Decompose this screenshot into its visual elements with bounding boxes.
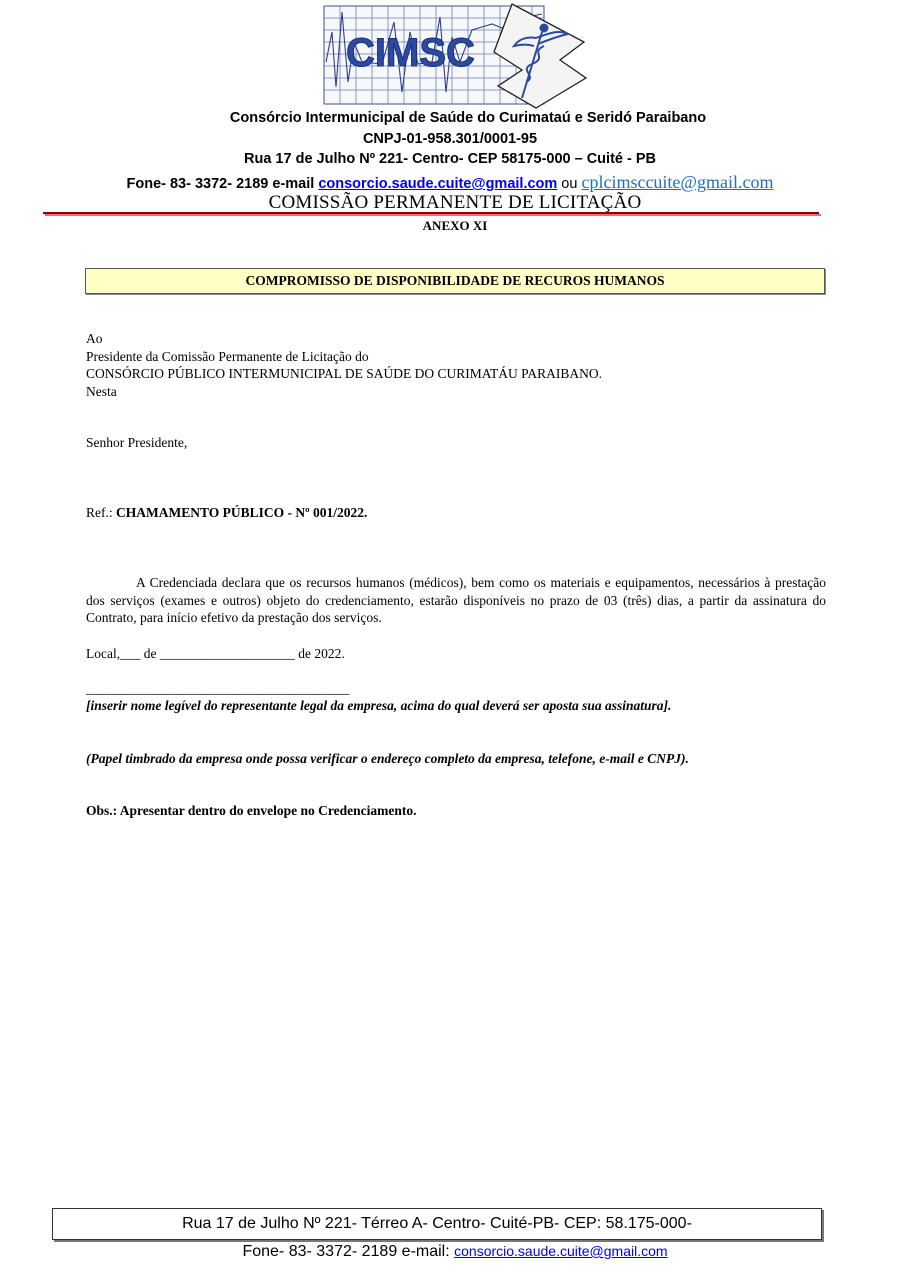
- org-address: Rua 17 de Julho Nº 221- Centro- CEP 5817…: [0, 151, 900, 167]
- footer-phone: Fone- 83- 3372- 2189 e-mail:: [242, 1243, 454, 1260]
- addressee-line: Nesta: [86, 383, 602, 401]
- document-title-text: COMPROMISSO DE DISPONIBILIDADE DE RECURO…: [246, 273, 665, 289]
- org-name: Consórcio Intermunicipal de Saúde do Cur…: [18, 110, 900, 126]
- email-link-primary[interactable]: consorcio.saude.cuite@gmail.com: [318, 176, 557, 192]
- declaration-paragraph: A Credenciada declara que os recursos hu…: [86, 574, 826, 627]
- footer-contact: Fone- 83- 3372- 2189 e-mail: consorcio.s…: [0, 1243, 900, 1261]
- footer-address-box: Rua 17 de Julho Nº 221- Térreo A- Centro…: [52, 1208, 822, 1240]
- addressee-line: CONSÓRCIO PÚBLICO INTERMUNICIPAL DE SAÚD…: [86, 365, 602, 383]
- reference-value: CHAMAMENTO PÚBLICO - Nº 001/2022.: [116, 505, 367, 520]
- org-cnpj: CNPJ-01-958.301/0001-95: [0, 131, 900, 147]
- header-divider-shadow: [45, 214, 821, 216]
- svg-text:CIMSC: CIMSC: [346, 31, 475, 75]
- addressee-block: Ao Presidente da Comissão Permanente de …: [86, 330, 602, 400]
- footer-email-link[interactable]: consorcio.saude.cuite@gmail.com: [454, 1243, 667, 1259]
- declaration-text: A Credenciada declara que os recursos hu…: [86, 574, 826, 627]
- cimsc-logo: CIMSC: [322, 2, 590, 110]
- reference: Ref.: CHAMAMENTO PÚBLICO - Nº 001/2022.: [86, 504, 367, 522]
- signature-line: _______________________________________: [86, 680, 349, 698]
- annex-label: ANEXO XI: [0, 218, 900, 234]
- letterhead-note: (Papel timbrado da empresa onde possa ve…: [86, 750, 689, 768]
- document-title: COMPROMISSO DE DISPONIBILIDADE DE RECURO…: [85, 268, 825, 294]
- reference-label: Ref.:: [86, 505, 116, 520]
- footer-address: Rua 17 de Julho Nº 221- Térreo A- Centro…: [182, 1215, 692, 1233]
- org-contact: Fone- 83- 3372- 2189 e-mail consorcio.sa…: [0, 172, 900, 193]
- email-link-cpl[interactable]: cplcimsccuite@gmail.com: [581, 172, 773, 192]
- phone-text: Fone- 83- 3372- 2189 e-mail: [127, 176, 319, 192]
- signature-note: [inserir nome legível do representante l…: [86, 697, 671, 715]
- observation-note: Obs.: Apresentar dentro do envelope no C…: [86, 802, 417, 820]
- addressee-line: Presidente da Comissão Permanente de Lic…: [86, 348, 602, 366]
- addressee-line: Ao: [86, 330, 602, 348]
- salutation: Senhor Presidente,: [86, 434, 187, 452]
- place-date-line: Local,___ de ____________________ de 202…: [86, 645, 345, 663]
- logo-graphic: CIMSC: [322, 2, 590, 110]
- commission-title: COMISSÃO PERMANENTE DE LICITAÇÃO: [0, 192, 900, 214]
- or-word: ou: [557, 176, 581, 192]
